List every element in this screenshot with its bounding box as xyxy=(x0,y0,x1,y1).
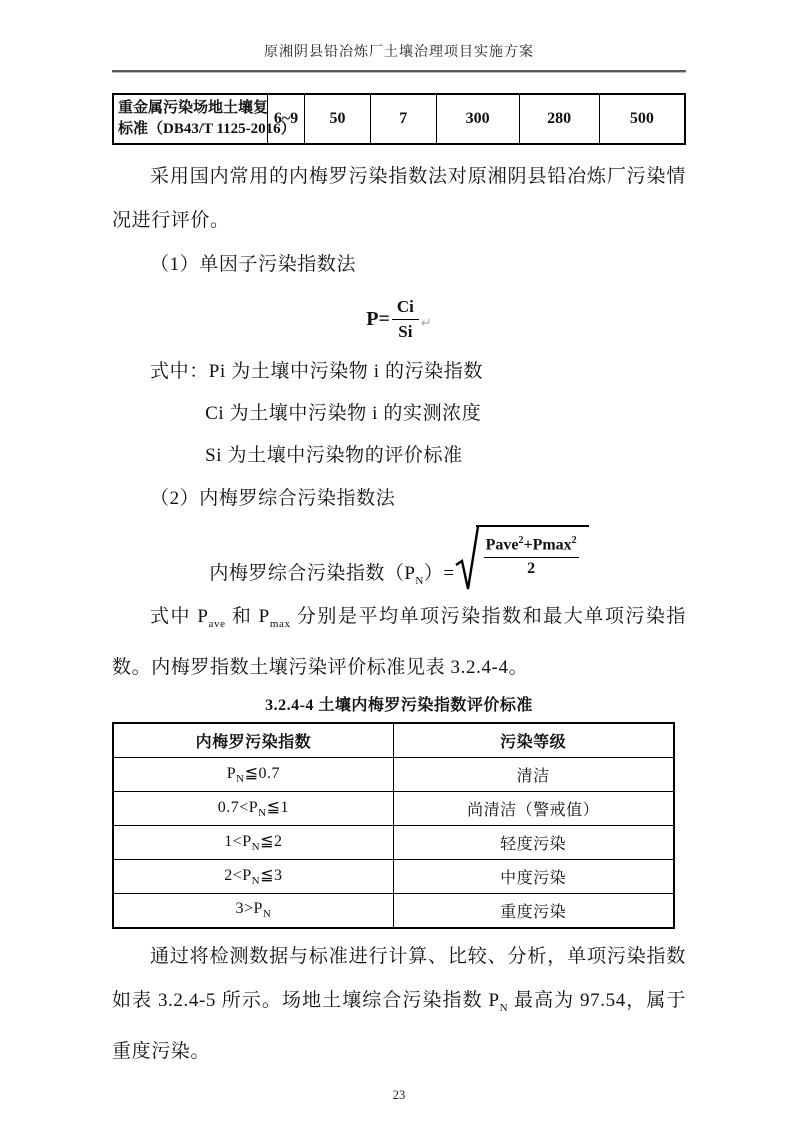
table-row: 3>PN 重度污染 xyxy=(113,893,674,928)
nemero-header-index: 内梅罗污染指数 xyxy=(113,723,393,758)
table-row: 0.7<PN≦1 尚清洁（警戒值） xyxy=(113,791,674,825)
index-pre: 3>P xyxy=(235,900,262,917)
nemero-formula: 内梅罗综合污染指数（PN）= Pave2+Pmax2 2 xyxy=(112,523,686,593)
nemero-index-cell: 2<PN≦3 xyxy=(113,859,393,893)
nemero-index-cell: PN≦0.7 xyxy=(113,757,393,791)
page-number: 23 xyxy=(112,1088,686,1103)
nemero-fraction-numerator: Pave2+Pmax2 xyxy=(484,531,579,558)
nemero-grade-cell: 轻度污染 xyxy=(393,825,673,859)
nemero-grade-cell: 尚清洁（警戒值） xyxy=(393,791,673,825)
table-row: 2<PN≦3 中度污染 xyxy=(113,859,674,893)
formula-note-pi: 式中：Pi 为土壤中污染物 i 的污染指数 xyxy=(112,351,686,393)
index-sub: N xyxy=(263,908,271,920)
index-sub: N xyxy=(258,807,266,819)
table-header-row: 内梅罗污染指数 污染等级 xyxy=(113,723,674,758)
index-sub: N xyxy=(236,773,244,785)
nemero-index-cell: 0.7<PN≦1 xyxy=(113,791,393,825)
nemero-label-sub: N xyxy=(415,575,423,587)
standards-label-line2: 标准（DB43/T 1125-2016） xyxy=(118,119,263,140)
nemero-fraction-denominator: 2 xyxy=(527,558,535,579)
formula-note-si: Si 为土壤中污染物的评价标准 xyxy=(112,435,686,477)
table-row: PN≦0.7 清洁 xyxy=(113,757,674,791)
explain-mid: 和 P xyxy=(226,606,270,627)
table-row: 1<PN≦2 轻度污染 xyxy=(113,825,674,859)
page-header-title: 原湘阴县铅冶炼厂土壤治理项目实施方案 xyxy=(112,44,686,62)
index-sub: N xyxy=(252,841,260,853)
pmax-exponent: 2 xyxy=(572,535,577,546)
nemero-label-pre: 内梅罗综合污染指数（P xyxy=(209,563,415,584)
method1-heading: （1）单因子污染指数法 xyxy=(112,243,686,287)
nemero-formula-label: 内梅罗综合污染指数（PN）= xyxy=(209,558,454,587)
explain-sub-ave: ave xyxy=(209,618,226,630)
nemero-grade-cell: 重度污染 xyxy=(393,893,673,928)
standards-row-label: 重金属污染场地土壤复 标准（DB43/T 1125-2016） xyxy=(113,94,267,144)
standards-value-3: 300 xyxy=(436,94,519,144)
intro-paragraph: 采用国内常用的内梅罗污染指数法对原湘阴县铅冶炼厂污染情况进行评价。 xyxy=(112,155,686,243)
radical-content: Pave2+Pmax2 2 xyxy=(476,525,589,579)
index-post: ≦2 xyxy=(260,833,282,850)
method2-heading: （2）内梅罗综合污染指数法 xyxy=(112,477,686,521)
index-post: ≦1 xyxy=(267,799,289,816)
nemero-grade-cell: 中度污染 xyxy=(393,859,673,893)
explain-pre: 式中 P xyxy=(150,606,209,627)
paragraph-return-icon: ↵ xyxy=(421,316,432,331)
single-factor-formula: P= Ci Si ↵ xyxy=(112,289,686,349)
radical-expression: Pave2+Pmax2 2 xyxy=(455,525,589,593)
standards-value-1: 50 xyxy=(305,94,371,144)
header-rule xyxy=(112,70,686,73)
index-post: ≦3 xyxy=(260,867,282,884)
formula1-denominator: Si xyxy=(398,320,412,343)
index-sub: N xyxy=(252,875,260,887)
nemero-fraction: Pave2+Pmax2 2 xyxy=(484,531,579,579)
closing-paragraph: 通过将检测数据与标准进行计算、比较、分析，单项污染指数如表 3.2.4-5 所示… xyxy=(112,935,686,1074)
closing-sub: N xyxy=(500,1002,509,1014)
nemero-label-post: ）= xyxy=(424,563,455,584)
standards-value-5: 500 xyxy=(599,94,685,144)
formula1-fraction: Ci Si xyxy=(392,296,419,343)
nemero-table: 内梅罗污染指数 污染等级 PN≦0.7 清洁 0.7<PN≦1 尚清洁（警戒值）… xyxy=(112,722,675,929)
explain-sub-max: max xyxy=(270,618,291,630)
table-row: 重金属污染场地土壤复 标准（DB43/T 1125-2016） 6~9 50 7… xyxy=(113,94,685,144)
pmax-term: +Pmax xyxy=(523,536,571,553)
formula1-numerator: Ci xyxy=(392,296,419,320)
nemero-table-caption: 3.2.4-4 土壤内梅罗污染指数评价标准 xyxy=(112,694,686,718)
nemero-header-grade: 污染等级 xyxy=(393,723,673,758)
index-pre: 2<P xyxy=(224,867,251,884)
formula1-lhs: P= xyxy=(366,308,390,331)
standards-value-4: 280 xyxy=(519,94,599,144)
nemero-grade-cell: 清洁 xyxy=(393,757,673,791)
index-post: ≦0.7 xyxy=(245,765,280,782)
index-pre: 1<P xyxy=(224,833,251,850)
nemero-explain-paragraph: 式中 Pave 和 Pmax 分别是平均单项污染指数和最大单项污染指数。内梅罗指… xyxy=(112,595,686,690)
standards-table: 重金属污染场地土壤复 标准（DB43/T 1125-2016） 6~9 50 7… xyxy=(112,93,686,145)
standards-label-line1: 重金属污染场地土壤复 xyxy=(118,98,263,119)
index-pre: P xyxy=(227,765,236,782)
standards-value-2: 7 xyxy=(370,94,436,144)
pave-term: Pave xyxy=(486,536,519,553)
index-pre: 0.7<P xyxy=(218,799,258,816)
nemero-index-cell: 3>PN xyxy=(113,893,393,928)
formula-note-ci: Ci 为土壤中污染物 i 的实测浓度 xyxy=(112,393,686,435)
document-page: 原湘阴县铅冶炼厂土壤治理项目实施方案 重金属污染场地土壤复 标准（DB43/T … xyxy=(0,0,793,1122)
nemero-index-cell: 1<PN≦2 xyxy=(113,825,393,859)
